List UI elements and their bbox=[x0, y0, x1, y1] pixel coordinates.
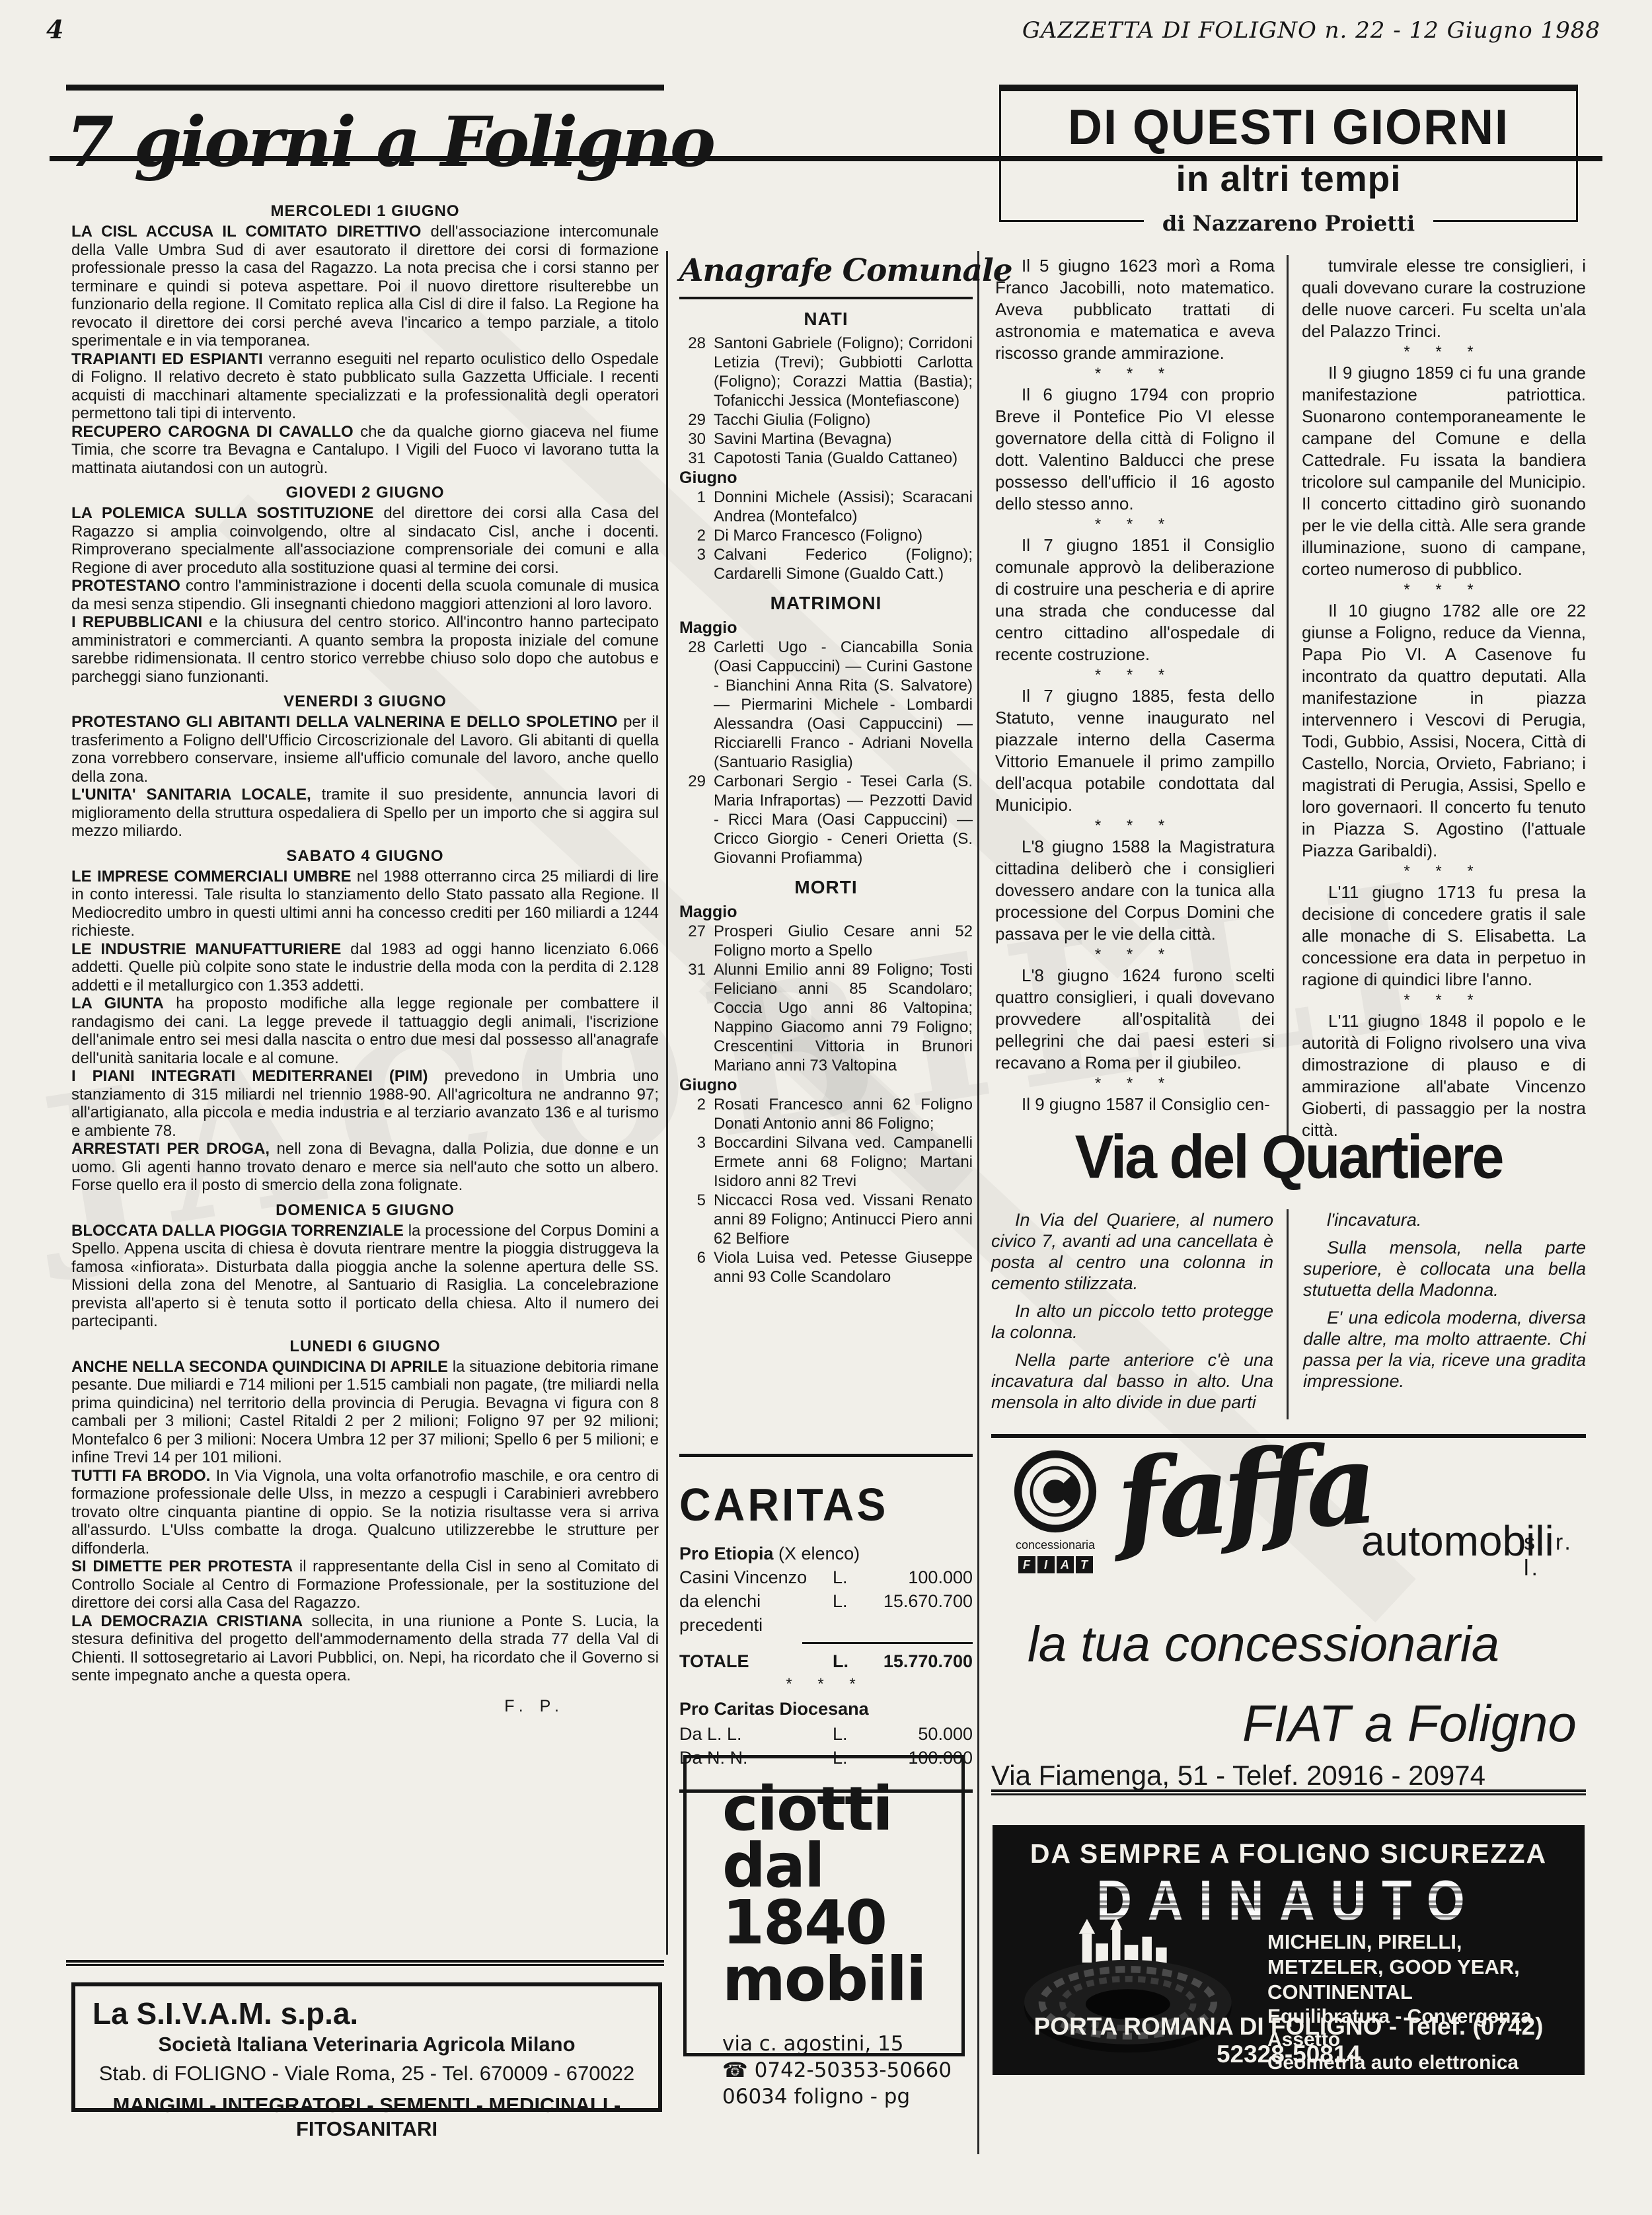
entry-day: 28 bbox=[679, 334, 714, 410]
questi-paragraph: Il 10 giugno 1782 alle ore 22 giunse a F… bbox=[1302, 600, 1586, 882]
caritas-subhead: Pro Etiopia (X elenco) bbox=[679, 1542, 973, 1565]
stars-separator: * * * bbox=[995, 364, 1275, 384]
vdq-paragraph: In alto un piccolo tetto protegge la col… bbox=[991, 1300, 1273, 1343]
currency: L. bbox=[833, 1649, 867, 1673]
questi-paragraph: L'11 giugno 1713 fu presa la decisione d… bbox=[1302, 882, 1586, 1010]
vdq-paragraph: Nella parte anteriore c'è una incavatura… bbox=[991, 1349, 1273, 1413]
entry-day: 31 bbox=[679, 449, 714, 468]
donor: da elenchi precedenti bbox=[679, 1589, 833, 1637]
entry-day: 1 bbox=[679, 488, 714, 526]
questi-paragraph: Il 7 giugno 1885, festa dello Statuto, v… bbox=[995, 685, 1275, 836]
ciotti-address-block: via c. agostini, 15 ☎0742-50353-50660 06… bbox=[722, 2031, 961, 2110]
article-di-questi-giorni: DI QUESTI GIORNI in altri tempi di Nazza… bbox=[991, 85, 1586, 1141]
entry-day: 31 bbox=[679, 960, 714, 1075]
questi-paragraph: Il 6 giugno 1794 con proprio Breve il Po… bbox=[995, 384, 1275, 535]
dainauto-ad: DA SEMPRE A FOLIGNO SICUREZZA DAINAUTO M… bbox=[993, 1825, 1585, 2075]
dainauto-footer: PORTA ROMANA DI FOLIGNO - Telef. (0742) … bbox=[993, 2013, 1585, 2068]
amount: 50.000 bbox=[867, 1722, 973, 1746]
fiat-strip-letter: A bbox=[1057, 1556, 1074, 1573]
anagrafe-entry: 28Santoni Gabriele (Foligno); Corridoni … bbox=[679, 334, 973, 410]
article-paragraph: I REPUBBLICANI e la chiusura del centro … bbox=[71, 613, 659, 686]
amount: 100.000 bbox=[867, 1565, 973, 1589]
article-paragraph: TUTTI FA BRODO. In Via Vignola, una volt… bbox=[71, 1467, 659, 1558]
day-section: SABATO 4 GIUGNO LE IMPRESE COMMERCIALI U… bbox=[71, 847, 659, 1195]
article-paragraph: PROTESTANO GLI ABITANTI DELLA VALNERINA … bbox=[71, 713, 659, 786]
ciotti-phone-row: ☎0742-50353-50660 bbox=[722, 2057, 961, 2084]
entry-text: Calvani Federico (Foligno); Cardarelli S… bbox=[714, 545, 973, 583]
phone-icon: ☎ bbox=[722, 2057, 748, 2084]
column-divider bbox=[666, 251, 668, 1955]
ciotti-logo-line: dal 1840 bbox=[722, 1838, 961, 1951]
diocesana-label: Pro Caritas Diocesana bbox=[679, 1696, 973, 1722]
anagrafe-entry: 1Donnini Michele (Assisi); Scaracani And… bbox=[679, 488, 973, 526]
questi-paragraph: Il 5 giugno 1623 morì a Roma Franco Jaco… bbox=[995, 255, 1275, 384]
stars-separator: * * * bbox=[995, 665, 1275, 685]
anagrafe-entry: 27Prosperi Giulio Cesare anni 52 Foligno… bbox=[679, 922, 973, 960]
paragraph-lead: LA DEMOCRAZIA CRISTIANA bbox=[71, 1612, 303, 1630]
ciotti-city: 06034 foligno - pg bbox=[722, 2084, 961, 2110]
paragraph-lead: I REPUBBLICANI bbox=[71, 613, 202, 631]
article-paragraph: LE INDUSTRIE MANUFATTURIERE dal 1983 ad … bbox=[71, 940, 659, 995]
entry-day: 28 bbox=[679, 638, 714, 772]
article-paragraph: ARRESTATI PER DROGA, nell zona di Bevagn… bbox=[71, 1140, 659, 1195]
paragraph-text: Il 10 giugno 1782 alle ore 22 giunse a F… bbox=[1302, 600, 1586, 862]
total-label: TOTALE bbox=[679, 1649, 833, 1673]
stars-separator: * * * bbox=[995, 945, 1275, 965]
total-amount: 15.770.700 bbox=[867, 1649, 973, 1673]
anagrafe-month-group: Maggio 28Carletti Ugo - Ciancabilla Soni… bbox=[679, 618, 973, 868]
sivam-ad: La S.I.V.A.M. s.p.a. Società Italiana Ve… bbox=[71, 1982, 662, 2112]
pro-etiopia-note: (X elenco) bbox=[778, 1544, 860, 1563]
day-heading: MERCOLEDI 1 GIUGNO bbox=[71, 202, 659, 221]
fiat-strip-letter: F bbox=[1018, 1556, 1035, 1573]
questi-paragraph: tumvirale elesse tre consiglieri, i qual… bbox=[1302, 255, 1586, 362]
sivam-subtitle: Società Italiana Veterinaria Agricola Mi… bbox=[93, 2033, 641, 2056]
stars-separator: * * * bbox=[1302, 342, 1586, 362]
entry-text: Alunni Emilio anni 89 Foligno; Tosti Fel… bbox=[714, 960, 973, 1075]
article-paragraph: LA POLEMICA SULLA SOSTITUZIONE del diret… bbox=[71, 504, 659, 577]
entry-text: Carletti Ugo - Ciancabilla Sonia (Oasi C… bbox=[714, 638, 973, 772]
double-rule bbox=[66, 1960, 664, 1966]
paragraph-text: L'11 giugno 1713 fu presa la decisione d… bbox=[1302, 882, 1586, 991]
sivam-address: Stab. di FOLIGNO - Viale Roma, 25 - Tel.… bbox=[93, 2062, 641, 2085]
questi-paragraph: Il 9 giugno 1859 ci fu una grande manife… bbox=[1302, 362, 1586, 600]
month-label: Giugno bbox=[679, 468, 973, 488]
paragraph-lead: PROTESTANO bbox=[71, 577, 180, 595]
paragraph-text: Il 7 giugno 1885, festa dello Statuto, v… bbox=[995, 685, 1275, 816]
stars-separator: * * * bbox=[995, 816, 1275, 836]
entry-day: 6 bbox=[679, 1248, 714, 1287]
anagrafe-title: Anagrafe Comunale bbox=[679, 252, 973, 299]
article-paragraph: BLOCCATA DALLA PIOGGIA TORRENZIALE la pr… bbox=[71, 1222, 659, 1331]
article-paragraph: I PIANI INTEGRATI MEDITERRANEI (PIM) pre… bbox=[71, 1067, 659, 1140]
article-paragraph: L'UNITA' SANITARIA LOCALE, tramite il su… bbox=[71, 786, 659, 841]
currency: L. bbox=[833, 1722, 867, 1746]
day-section: DOMENICA 5 GIUGNO BLOCCATA DALLA PIOGGIA… bbox=[71, 1201, 659, 1331]
questi-subtitle: in altri tempi bbox=[1001, 157, 1576, 200]
paragraph-text: L'8 giugno 1588 la Magistratura cittadin… bbox=[995, 836, 1275, 945]
entry-text: Niccacci Rosa ved. Vissani Renato anni 8… bbox=[714, 1191, 973, 1248]
newspaper-page: JACOBILLI 4 GAZZETTA DI FOLIGNO n. 22 - … bbox=[0, 0, 1652, 2215]
total-row: TOTALEL.15.770.700 bbox=[679, 1649, 973, 1673]
stars-separator: * * * bbox=[995, 1074, 1275, 1094]
faffa-script-logo: faffa bbox=[1113, 1418, 1375, 1566]
day-heading: SABATO 4 GIUGNO bbox=[71, 847, 659, 866]
currency: L. bbox=[833, 1565, 867, 1589]
paragraph-text: Il 9 giugno 1587 il Consiglio cen- bbox=[995, 1094, 1275, 1115]
stars-separator: * * * bbox=[1302, 991, 1586, 1010]
currency: L. bbox=[833, 1589, 867, 1637]
vdq-paragraph: l'incavatura. bbox=[1303, 1209, 1586, 1230]
anagrafe-section-heading: NATI bbox=[679, 309, 973, 330]
day-section: VENERDI 3 GIUGNO PROTESTANO GLI ABITANTI… bbox=[71, 693, 659, 841]
anagrafe-entry: 5Niccacci Rosa ved. Vissani Renato anni … bbox=[679, 1191, 973, 1248]
fiat-strip-letter: I bbox=[1037, 1556, 1055, 1573]
anagrafe-entry: 2Rosati Francesco anni 62 Foligno Donati… bbox=[679, 1095, 973, 1133]
column-divider bbox=[977, 251, 979, 2154]
vdq-paragraph: Sulla mensola, nella parte superiore, è … bbox=[1303, 1237, 1586, 1300]
entry-day: 27 bbox=[679, 922, 714, 960]
fiat-concessionaria-logo: concessionaria FIAT bbox=[1006, 1449, 1105, 1573]
anagrafe-entry: 3Calvani Federico (Foligno); Cardarelli … bbox=[679, 545, 973, 583]
paragraph-text: Il 5 giugno 1623 morì a Roma Franco Jaco… bbox=[995, 255, 1275, 364]
entry-day: 2 bbox=[679, 526, 714, 545]
questi-title: DI QUESTI GIORNI bbox=[1001, 99, 1576, 156]
paragraph-lead: LA POLEMICA SULLA SOSTITUZIONE bbox=[71, 504, 374, 522]
anagrafe-entry: 29Carbonari Sergio - Tesei Carla (S. Mar… bbox=[679, 772, 973, 868]
anagrafe-section-heading: MATRIMONI bbox=[679, 593, 973, 614]
paragraph-text: Il 6 giugno 1794 con proprio Breve il Po… bbox=[995, 384, 1275, 515]
entry-day: 2 bbox=[679, 1095, 714, 1133]
anagrafe-section: NATI 28Santoni Gabriele (Foligno); Corri… bbox=[679, 309, 973, 583]
anagrafe-section-heading: MORTI bbox=[679, 877, 973, 898]
paragraph-lead: SI DIMETTE PER PROTESTA bbox=[71, 1558, 293, 1575]
day-heading: VENERDI 3 GIUGNO bbox=[71, 693, 659, 711]
sivam-products: MANGIMI - INTEGRATORI - SEMENTI - MEDICI… bbox=[93, 2093, 641, 2141]
ad-address: Via Fiamenga, 51 - Telef. 20916 - 20974 bbox=[991, 1760, 1579, 1791]
article-paragraph: PROTESTANO contro l'amministrazione i do… bbox=[71, 577, 659, 613]
day-section: MERCOLEDI 1 GIUGNO LA CISL ACCUSA IL COM… bbox=[71, 202, 659, 477]
anagrafe-section: MORTI Maggio 27Prosperi Giulio Cesare an… bbox=[679, 877, 973, 1287]
paragraph-lead: BLOCCATA DALLA PIOGGIA TORRENZIALE bbox=[71, 1222, 404, 1240]
paragraph-lead: LA CISL ACCUSA IL COMITATO DIRETTIVO bbox=[71, 223, 421, 241]
entry-day: 3 bbox=[679, 545, 714, 583]
article-paragraph: TRAPIANTI ED ESPIANTI verranno eseguiti … bbox=[71, 350, 659, 423]
article-seven-days: 7 giorni a Foligno MERCOLEDI 1 GIUGNO LA… bbox=[66, 85, 664, 1716]
anagrafe-entry: 3Boccardini Silvana ved. Campanelli Erme… bbox=[679, 1133, 973, 1191]
entry-text: Prosperi Giulio Cesare anni 52 Foligno m… bbox=[714, 922, 973, 960]
anagrafe-entry: 28Carletti Ugo - Ciancabilla Sonia (Oasi… bbox=[679, 638, 973, 772]
stars-separator: * * * bbox=[1302, 580, 1586, 600]
ad-slogan-line2: FIAT a Foligno bbox=[1242, 1694, 1577, 1754]
donor: Casini Vincenzo bbox=[679, 1565, 833, 1589]
ciotti-logo-line: ciotti bbox=[722, 1781, 961, 1838]
vdq-title: Via del Quartiere bbox=[991, 1121, 1586, 1192]
anagrafe-month-group: 28Santoni Gabriele (Foligno); Corridoni … bbox=[679, 334, 973, 468]
page-number: 4 bbox=[46, 15, 63, 44]
entry-text: Carbonari Sergio - Tesei Carla (S. Maria… bbox=[714, 772, 973, 868]
caritas-section: CARITAS Pro Etiopia (X elenco) Casini Vi… bbox=[679, 1454, 973, 1793]
day-heading: LUNEDI 6 GIUGNO bbox=[71, 1337, 659, 1356]
article-paragraph: RECUPERO CAROGNA DI CAVALLO che da qualc… bbox=[71, 423, 659, 478]
donor: Da L. L. bbox=[679, 1722, 833, 1746]
article-byline: F. P. bbox=[66, 1697, 664, 1716]
month-label: Maggio bbox=[679, 902, 973, 922]
stars-separator: * * * bbox=[995, 515, 1275, 535]
questi-paragraph: Il 7 giugno 1851 il Consiglio comunale a… bbox=[995, 535, 1275, 685]
ad-slogan-line1: la tua concessionaria bbox=[1028, 1616, 1499, 1673]
article-paragraph: LA DEMOCRAZIA CRISTIANA sollecita, in un… bbox=[71, 1612, 659, 1685]
anagrafe-entry: 6Viola Luisa ved. Petesse Giuseppe anni … bbox=[679, 1248, 973, 1287]
entry-text: Boccardini Silvana ved. Campanelli Ermet… bbox=[714, 1133, 973, 1191]
paragraph-text: Il 9 giugno 1859 ci fu una grande manife… bbox=[1302, 362, 1586, 580]
donation-row: da elenchi precedentiL.15.670.700 bbox=[679, 1589, 973, 1637]
entry-text: Savini Martina (Bevagna) bbox=[714, 430, 973, 449]
anagrafe-entry: 29Tacchi Giulia (Foligno) bbox=[679, 410, 973, 430]
anagrafe-entry: 30Savini Martina (Bevagna) bbox=[679, 430, 973, 449]
stars-separator: * * * bbox=[1302, 862, 1586, 882]
masthead: GAZZETTA DI FOLIGNO n. 22 - 12 Giugno 19… bbox=[1022, 17, 1600, 44]
fiat-strip-letter: T bbox=[1076, 1556, 1093, 1573]
sum-rule bbox=[802, 1642, 973, 1644]
dainauto-tagline: DA SEMPRE A FOLIGNO SICUREZZA bbox=[993, 1838, 1585, 1869]
questi-header-box: DI QUESTI GIORNI in altri tempi di Nazza… bbox=[999, 85, 1578, 222]
article-paragraph: LA GIUNTA ha proposto modifiche alla leg… bbox=[71, 995, 659, 1067]
vdq-paragraph: E' una edicola moderna, diversa dalle al… bbox=[1303, 1307, 1586, 1392]
anagrafe-month-group: Maggio 27Prosperi Giulio Cesare anni 52 … bbox=[679, 902, 973, 1075]
day-heading: GIOVEDI 2 GIUGNO bbox=[71, 484, 659, 502]
entry-text: Santoni Gabriele (Foligno); Corridoni Le… bbox=[714, 334, 973, 410]
concessionaria-label: concessionaria bbox=[1006, 1538, 1105, 1552]
paragraph-lead: ANCHE NELLA SECONDA QUINDICINA DI APRILE bbox=[71, 1358, 448, 1376]
entry-day: 5 bbox=[679, 1191, 714, 1248]
anagrafe-comunale: Anagrafe Comunale NATI 28Santoni Gabriel… bbox=[679, 252, 973, 1287]
entry-day: 3 bbox=[679, 1133, 714, 1191]
paragraph-lead: TRAPIANTI ED ESPIANTI bbox=[71, 350, 263, 368]
anagrafe-month-group: Giugno 2Rosati Francesco anni 62 Foligno… bbox=[679, 1075, 973, 1287]
paragraph-lead: ARRESTATI PER DROGA, bbox=[71, 1140, 270, 1158]
entry-text: Capotosti Tania (Gualdo Cattaneo) bbox=[714, 449, 973, 468]
article-via-del-quartiere: Via del Quartiere In Via del Quariere, a… bbox=[991, 1123, 1586, 1438]
paragraph-text: tumvirale elesse tre consiglieri, i qual… bbox=[1302, 255, 1586, 342]
caritas-title: CARITAS bbox=[679, 1478, 973, 1531]
entry-text: Donnini Michele (Assisi); Scaracani Andr… bbox=[714, 488, 973, 526]
stars-separator: * * * bbox=[679, 1673, 973, 1696]
anagrafe-entry: 31Capotosti Tania (Gualdo Cattaneo) bbox=[679, 449, 973, 468]
questi-paragraph: L'8 giugno 1624 furono scelti quattro co… bbox=[995, 965, 1275, 1094]
article-paragraph: SI DIMETTE PER PROTESTA il rappresentant… bbox=[71, 1558, 659, 1612]
paragraph-text: Il 7 giugno 1851 il Consiglio comunale a… bbox=[995, 535, 1275, 665]
day-section: LUNEDI 6 GIUGNO ANCHE NELLA SECONDA QUIN… bbox=[71, 1337, 659, 1685]
tire-brands: MICHELIN, PIRELLI, METZELER, GOOD YEAR, … bbox=[1267, 1930, 1575, 2005]
paragraph-lead: PROTESTANO GLI ABITANTI DELLA VALNERINA … bbox=[71, 713, 618, 731]
anagrafe-month-group: Giugno 1Donnini Michele (Assisi); Scarac… bbox=[679, 468, 973, 583]
day-heading: DOMENICA 5 GIUGNO bbox=[71, 1201, 659, 1220]
paragraph-text: L'8 giugno 1624 furono scelti quattro co… bbox=[995, 965, 1275, 1074]
paragraph-lead: RECUPERO CAROGNA DI CAVALLO bbox=[71, 423, 354, 441]
entry-text: Rosati Francesco anni 62 Foligno Donati … bbox=[714, 1095, 973, 1133]
pro-etiopia-label: Pro Etiopia bbox=[679, 1544, 774, 1563]
entry-day: 30 bbox=[679, 430, 714, 449]
donation-row: Da L. L.L.50.000 bbox=[679, 1722, 973, 1746]
sivam-name: La S.I.V.A.M. s.p.a. bbox=[93, 1996, 641, 2031]
questi-paragraph: L'8 giugno 1588 la Magistratura cittadin… bbox=[995, 836, 1275, 965]
article-title: 7 giorni a Foligno bbox=[66, 101, 664, 182]
donation-row: Casini VincenzoL.100.000 bbox=[679, 1565, 973, 1589]
entry-day: 29 bbox=[679, 772, 714, 868]
month-label: Giugno bbox=[679, 1075, 973, 1095]
questi-byline: di Nazzareno Proietti bbox=[1001, 211, 1576, 236]
anagrafe-entry: 31Alunni Emilio anni 89 Foligno; Tosti F… bbox=[679, 960, 973, 1075]
entry-day: 29 bbox=[679, 410, 714, 430]
anagrafe-section: MATRIMONI Maggio 28Carletti Ugo - Cianca… bbox=[679, 593, 973, 868]
entry-text: Di Marco Francesco (Foligno) bbox=[714, 526, 973, 545]
paragraph-lead: L'UNITA' SANITARIA LOCALE, bbox=[71, 786, 311, 804]
article-paragraph: LE IMPRESE COMMERCIALI UMBRE nel 1988 ot… bbox=[71, 868, 659, 940]
paragraph-lead: LA GIUNTA bbox=[71, 995, 164, 1012]
month-label: Maggio bbox=[679, 618, 973, 638]
amount: 15.670.700 bbox=[867, 1589, 973, 1637]
fiat-dealer-ad: concessionaria FIAT faffa automobili s. … bbox=[991, 1417, 1586, 1787]
ciotti-mobili-ad: ciotti dal 1840 mobili via c. agostini, … bbox=[683, 1755, 965, 2056]
service-item: Gomme moto - Accessori bbox=[1267, 2074, 1575, 2075]
day-section: GIOVEDI 2 GIUGNO LA POLEMICA SULLA SOSTI… bbox=[71, 484, 659, 686]
fiat-logo-icon bbox=[1013, 1449, 1098, 1534]
vdq-paragraph: In Via del Quariere, al numero civico 7,… bbox=[991, 1209, 1273, 1294]
article-paragraph: LA CISL ACCUSA IL COMITATO DIRETTIVO del… bbox=[71, 223, 659, 350]
paragraph-text: dell'associazione intercomunale della Va… bbox=[71, 223, 659, 350]
srl-label: s. r. l. bbox=[1524, 1530, 1586, 1581]
article-top-rule bbox=[66, 85, 664, 91]
ciotti-logo-line: mobili bbox=[722, 1951, 961, 2008]
paragraph-lead: LE INDUSTRIE MANUFATTURIERE bbox=[71, 940, 341, 958]
ciotti-street: via c. agostini, 15 bbox=[722, 2031, 961, 2057]
entry-text: Tacchi Giulia (Foligno) bbox=[714, 410, 973, 430]
article-paragraph: ANCHE NELLA SECONDA QUINDICINA DI APRILE… bbox=[71, 1358, 659, 1467]
anagrafe-entry: 2Di Marco Francesco (Foligno) bbox=[679, 526, 973, 545]
ciotti-phone: 0742-50353-50660 bbox=[755, 2057, 952, 2084]
entry-text: Viola Luisa ved. Petesse Giuseppe anni 9… bbox=[714, 1248, 973, 1287]
paragraph-lead: LE IMPRESE COMMERCIALI UMBRE bbox=[71, 868, 352, 885]
paragraph-lead: I PIANI INTEGRATI MEDITERRANEI (PIM) bbox=[71, 1067, 428, 1085]
paragraph-lead: TUTTI FA BRODO. bbox=[71, 1467, 210, 1485]
questi-paragraph: Il 9 giugno 1587 il Consiglio cen- bbox=[995, 1094, 1275, 1115]
